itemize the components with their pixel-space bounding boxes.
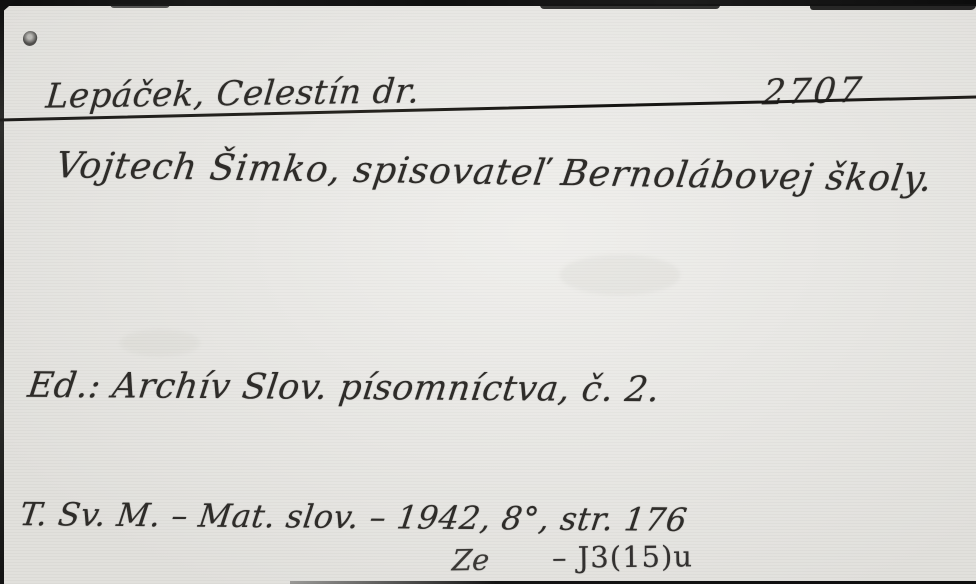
paper-smudge bbox=[560, 255, 680, 295]
paper-smudge bbox=[120, 330, 200, 356]
punch-hole bbox=[21, 29, 38, 47]
shelfmark-note: – J3(15)u bbox=[552, 539, 693, 574]
edition-line: Ed.: Archív Slov. písomníctva, č. 2. bbox=[25, 366, 662, 410]
scan-edge-left bbox=[0, 0, 4, 584]
scan-edge-top-shadow bbox=[810, 4, 976, 10]
catalog-card: Lepáček, Celestín dr. 2707 Vojtech Šimko… bbox=[0, 0, 976, 584]
scan-edge-top-shadow bbox=[110, 4, 170, 8]
title-line: Vojtech Šimko, spisovateľ Bernolábovej š… bbox=[53, 145, 935, 200]
insert-note: Ze bbox=[451, 543, 490, 578]
catalog-number: 2707 bbox=[761, 71, 867, 114]
scan-edge-top-shadow bbox=[540, 4, 720, 9]
imprint-line: T. Sv. M. – Mat. slov. – 1942, 8°, str. … bbox=[18, 495, 690, 539]
